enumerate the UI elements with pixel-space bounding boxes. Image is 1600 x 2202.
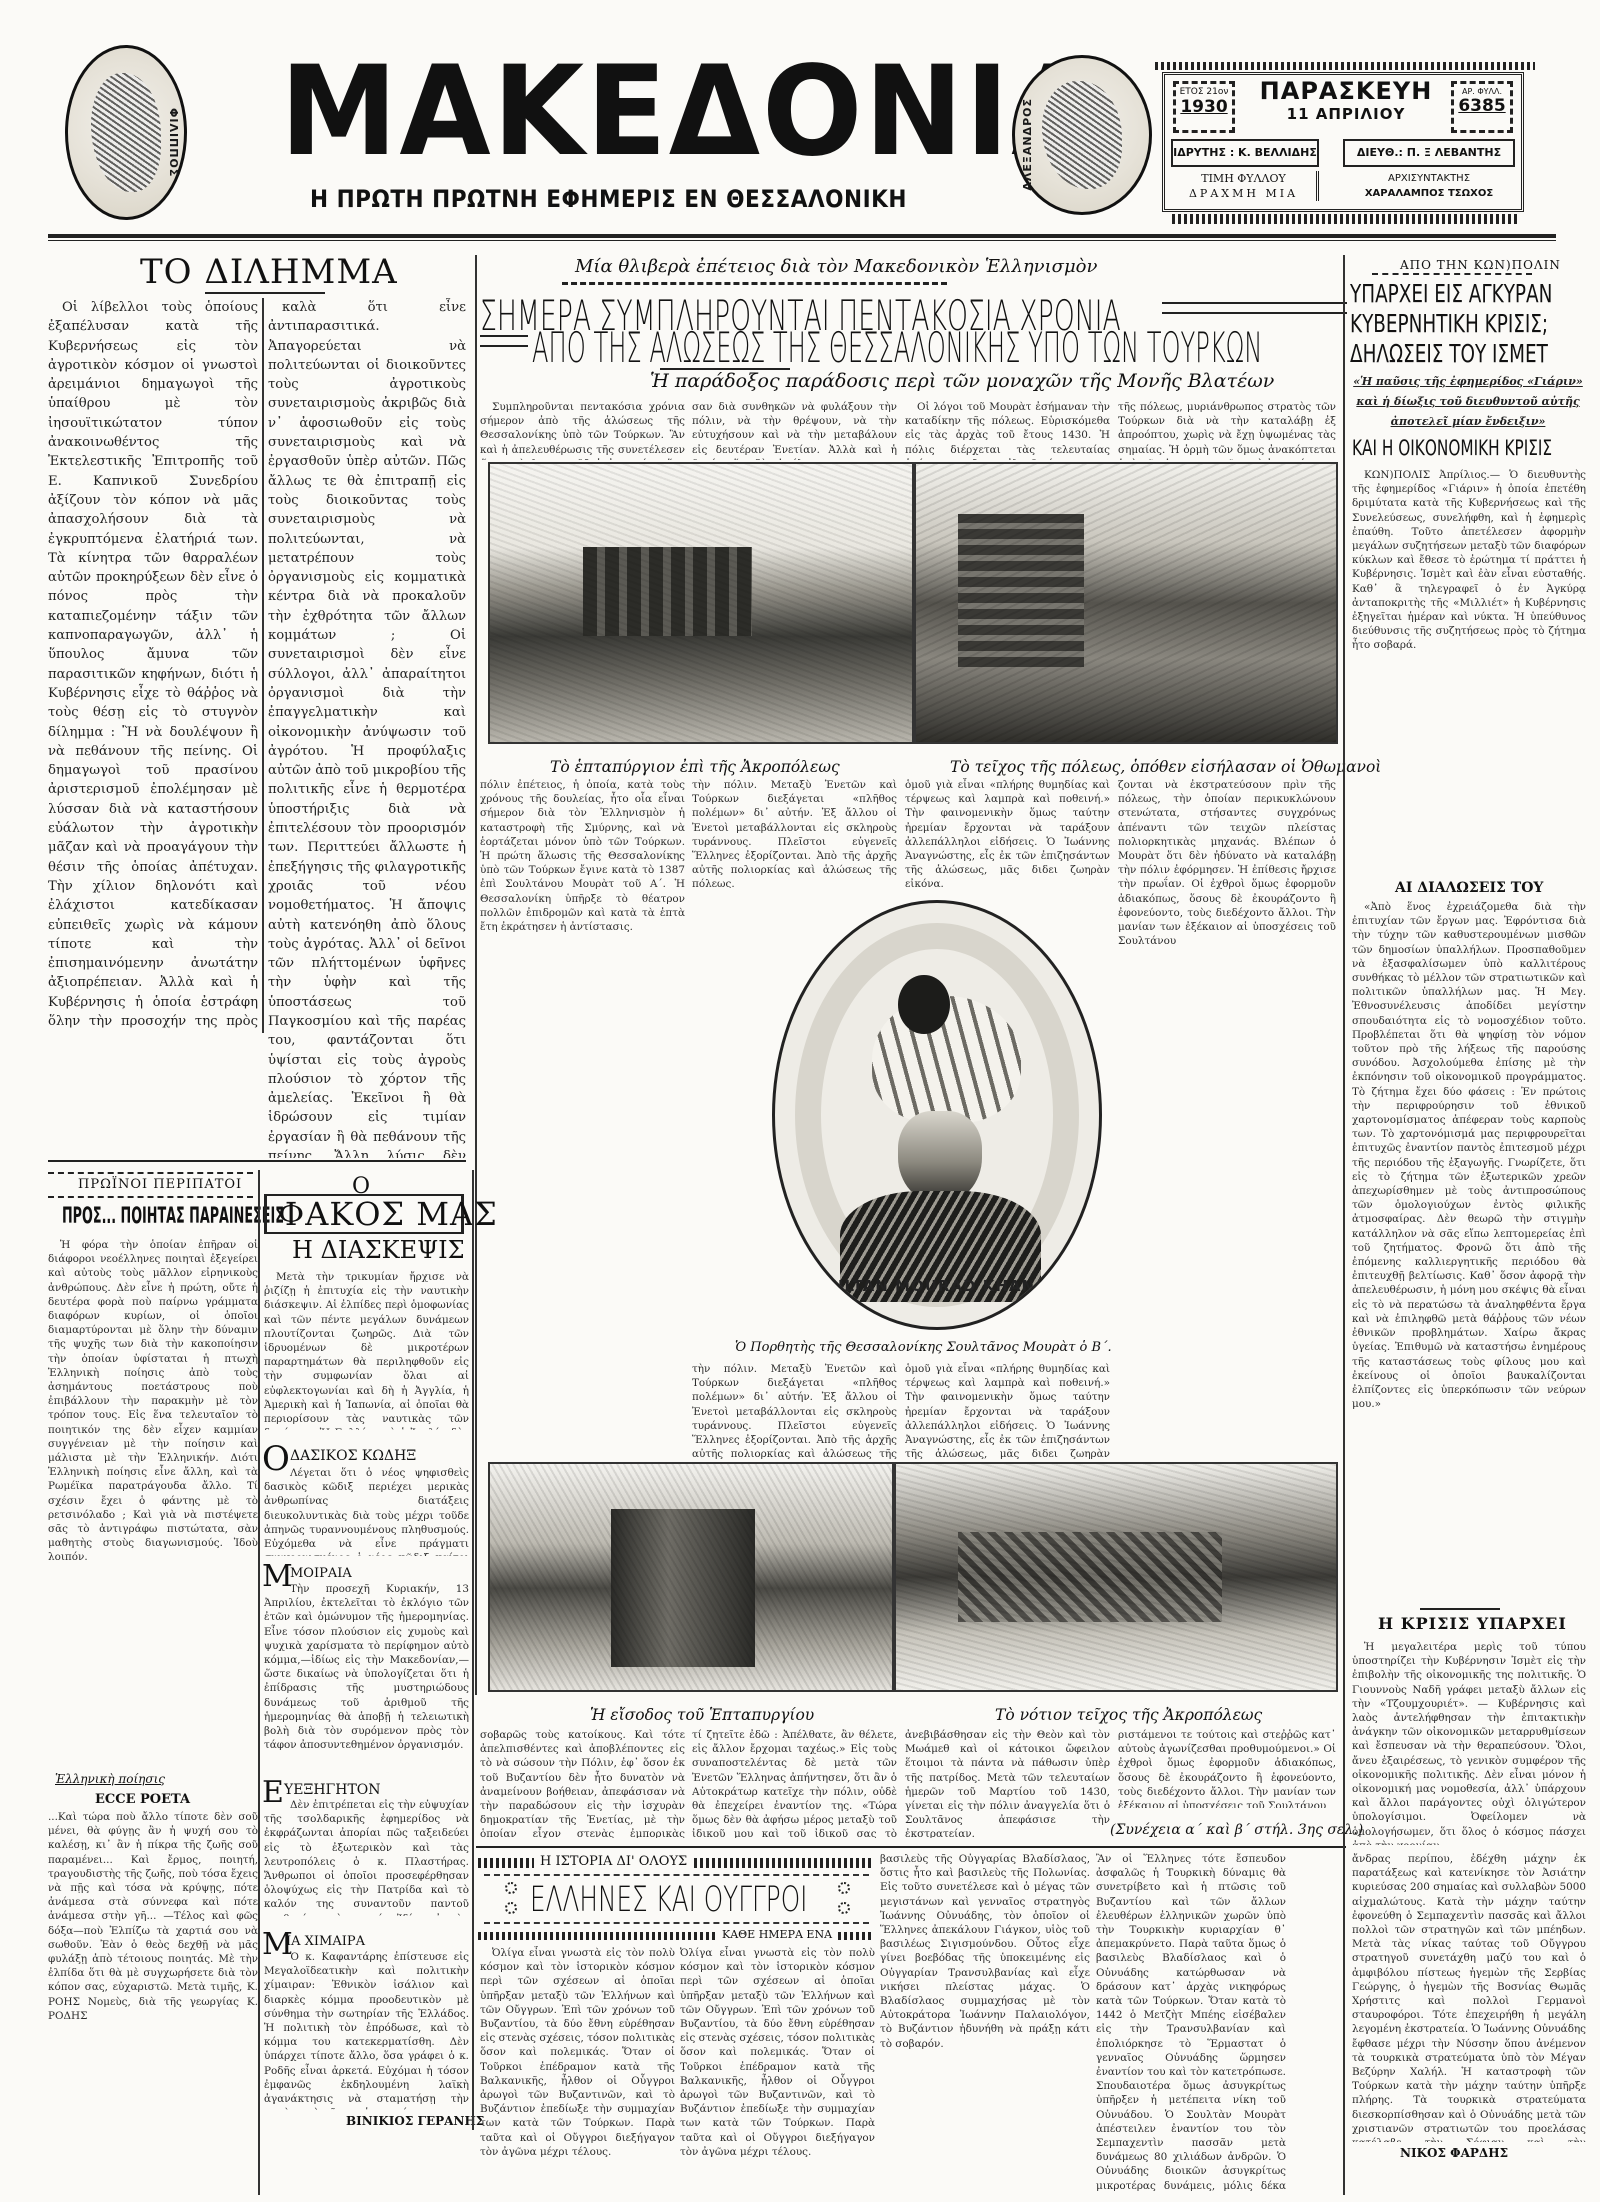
intro-column-2: σαν διὰ συνθηκῶν νὰ φυλάξουν τὴν πόλιν, …	[692, 400, 897, 460]
price-line-1: ΤΙΜΗ ΦΥΛΛΟΥ	[1171, 171, 1316, 186]
history-kicker: Η ΙΣΤΟΡΙΑ ΔΙ' ΟΛΟΥΣ	[534, 1854, 693, 1869]
masthead-ornament-top	[1155, 62, 1535, 70]
walks-kicker-rule-top	[48, 1172, 253, 1174]
right-headline-2: ΚΥΒΕΡΝΗΤΙΚΗ ΚΡΙΣΙΣ;	[1350, 308, 1548, 338]
walks-body: Ἡ φόρα τὴν ὁποίαν ἐπῆραν οἱ διάφοροι νεο…	[48, 1238, 258, 1768]
intro-column-4: τῆς πόλεως, μυριάνθρωπος στρατὸς τῶν Τού…	[1118, 400, 1336, 460]
philip-portrait-icon	[91, 73, 161, 191]
lens-body: Μετὰ τὴν τρικυμίαν ἤρχισε νὰ ῥιζίζῃ ἡ ἐπ…	[264, 1270, 469, 1430]
right-divider	[1420, 1608, 1500, 1610]
lens-item-3-title: ΥΕΞΗΓΗΤΟΝ	[284, 1782, 381, 1798]
masthead-divider	[48, 234, 1556, 238]
right-kicker-rule	[1372, 273, 1532, 275]
lens-item-3-body: Δὲν ἐπιτρέπεται εἰς τὴν εὐψυχίαν τῆς τσο…	[264, 1798, 469, 1916]
walks-poem-body: ...Καὶ τώρα ποὺ ἄλλο τίποτε δὲν σοῦ μένε…	[48, 1810, 258, 2195]
headline-rule-1a	[1162, 302, 1347, 304]
history-rosette-right-icon-2	[838, 1902, 850, 1914]
photo-city-wall	[914, 462, 1338, 744]
history-column-4: ἄνδρας περίπου, ἐδέχθη μάχην ἐκ παρατάξε…	[1352, 1852, 1586, 2142]
lens-item-4-title: ΙΑ ΧΙΜΑΙΡΑ	[286, 1934, 365, 1949]
caption-heptapyrgion: Τὸ ἑπταπύργιον ἐπὶ τῆς Ἀκροπόλεως	[550, 758, 840, 776]
price-box: ΤΙΜΗ ΦΥΛΛΟΥ ΔΡΑΧΜΗ ΜΙΑ	[1171, 171, 1319, 201]
alexander-coin-emblem: ΑΛΕΞΑΝΔΡΟΣ	[1012, 55, 1152, 215]
right-subhead-2: ΑΙ ΔΙΑΛΩΣΕΙΣ ΤΟΥ	[1395, 880, 1543, 896]
lens-item-2-body: Τὴν προσεχῆ Κυριακήν, 13 Ἀπριλίου, ἐκτελ…	[264, 1582, 469, 1762]
director-box: ΔΙΕΥΘ.: Π. Ξ ΛΕΒΑΝΤΗΣ	[1343, 139, 1515, 167]
main-story-subhead: Ἡ παράδοξος παράδοσις περὶ τῶν μοναχῶν τ…	[650, 370, 1274, 392]
sultan-face-icon	[898, 1111, 982, 1204]
headline-rule-2b	[480, 345, 528, 347]
caption-city-wall: Τὸ τεῖχος τῆς πόλεως, ὁπόθεν εἰσήλασαν ο…	[950, 758, 1381, 776]
lens-item-4-body: Ὁ κ. Καφαντάρης ἐπίστευσε εἰς Μεγαλοϊδεα…	[264, 1950, 469, 2110]
lens-item-1-title: ΔΑΣΙΚΟΣ ΚΩΔΗΞ	[290, 1448, 416, 1464]
editorial-title-underline	[205, 292, 325, 294]
year-box: ΕΤΟΣ 21ον 1930	[1173, 81, 1235, 133]
history-column-1: Ὀλίγα εἶναι γνωστὰ εἰς τὸν πολὺ κόσμον κ…	[480, 1946, 675, 2196]
issue-label: ΑΡ. ΦΥΛΛ.	[1454, 87, 1510, 96]
price-line-2: ΔΡΑΧΜΗ ΜΙΑ	[1171, 186, 1316, 201]
masthead-ornament-bottom	[1172, 214, 1517, 224]
main-story-kicker: Μία θλιβερὰ ἐπέτειος διὰ τὸν Μακεδονικὸν…	[575, 256, 1097, 277]
masthead-divider-thin	[48, 240, 1556, 241]
caption-south-wall: Τὸ νότιον τεῖχος τῆς Ἀκροπόλεως	[995, 1706, 1262, 1724]
walks-poem-title: Ἑλληνικὴ ποίησις	[55, 1772, 165, 1786]
intro-column-1: Συμπληροῦνται πεντακόσια χρόνια σήμερον …	[480, 400, 685, 460]
newspaper-title: ΜΑΚΕΔΟΝΙΑ	[280, 49, 1104, 173]
history-column-2: βασιλεὺς τῆς Οὐγγαρίας Βλαδίσλαος, ὅστις…	[880, 1852, 1090, 2192]
walks-kicker-rule-bottom	[48, 1196, 253, 1198]
body-right: ὁμοῦ γιὰ εἶναι «πλήρης θυμηδίας καὶ τέρψ…	[905, 778, 1110, 888]
editorial-column-2: καλὰ ὅτι εἶνε ἀντιπαρασιτικά. Ἀπαγορεύετ…	[268, 298, 466, 1158]
body-lower-left: σοβαρῶς τοὺς κατοίκους. Καὶ τότε ἀπελπισ…	[480, 1728, 685, 1838]
year-value: 1930	[1176, 97, 1232, 117]
history-column-1b: Ὀλίγα εἶναι γνωστὰ εἰς τὸν πολὺ κόσμον κ…	[680, 1946, 875, 2196]
history-rosette-left-icon	[505, 1882, 517, 1894]
walks-poem-heading: ECCE POETA	[95, 1792, 190, 1807]
photo-acropolis-south-wall	[894, 1462, 1338, 1692]
newspaper-subtitle: Η ΠΡΩΤΗ ΠΡΩΤΝΗ ΕΦΗΜΕΡΙΣ ΕΝ ΘΕΣΣΑΛΟΝΙΚΗ	[310, 185, 907, 213]
lens-right-border	[472, 1170, 474, 2130]
founder-name: ΙΔΡΥΤΗΣ : Κ. ΒΕΛΛΙΔΗΣ	[1173, 146, 1317, 159]
date-block: ΠΑΡΑΣΚΕΥΗ 11 ΑΠΡΙΛΙΟΥ	[1251, 77, 1441, 123]
right-column-border	[1343, 255, 1345, 2195]
history-rosette-left-icon-2	[505, 1902, 517, 1914]
lens-title: ΦΑΚΟΣ ΜΑΣ	[278, 1195, 498, 1233]
history-signature: ΝΙΚΟΣ ΦΑΡΔΗΣ	[1400, 2146, 1508, 2160]
lens-left-border	[258, 1170, 260, 2195]
date: 11 ΑΠΡΙΛΙΟΥ	[1251, 105, 1441, 123]
editorial-column-1: Οἱ λίβελλοι τοὺς ὁποίους ἐξαπέλυσαν κατὰ…	[48, 298, 258, 1033]
main-story-headline-2: ΑΠΟ ΤΗΣ ΑΛΩΣΕΩΣ ΤΗΣ ΘΕΣΣΑΛΟΝΙΚΗΣ ΥΠΟ ΤΩΝ…	[532, 324, 1262, 373]
body-lower-far-right: ριστάμενοι τε τούτοις καὶ στεῤῥῶς κατ᾿ α…	[1118, 1728, 1336, 1808]
right-subhead-3: Η ΚΡΙΣΙΣ ΥΠΑΡΧΕΙ	[1378, 1614, 1567, 1633]
alexander-coin-legend: ΑΛΕΞΑΝΔΡΟΣ	[1021, 98, 1034, 191]
photo-heptapyrgion-entrance	[488, 1462, 894, 1692]
right-kicker: ΑΠΟ ΤΗΝ ΚΩΝ)ΠΟΛΙΝ	[1400, 258, 1561, 272]
right-body-3: Ἡ μεγαλειτέρα μερὶς τοῦ τύπου ὑποστηρίζε…	[1352, 1640, 1586, 1845]
right-headline-1: ΥΠΑΡΧΕΙ ΕΙΣ ΑΓΚΥΡΑΝ	[1350, 278, 1552, 308]
right-body-1: ΚΩΝ)ΠΟΛΙΣ Ἀπρίλιος.— Ὁ διευθυντὴς τῆς ἐφ…	[1352, 468, 1586, 878]
right-deck: «Ἡ παῦσις τῆς ἐφημερίδος «Γιάριν» καὶ ἡ …	[1352, 372, 1584, 432]
issue-info-box: ΕΤΟΣ 21ον 1930 ΠΑΡΑΣΚΕΥΗ 11 ΑΠΡΙΛΙΟΥ ΑΡ.…	[1162, 72, 1524, 212]
kicker-dashed-rule	[562, 282, 947, 285]
editorial-bottom-rule	[48, 1160, 466, 1162]
year-label: ΕΤΟΣ 21ον	[1176, 87, 1232, 97]
history-tagline: ΚΑΘΕ ΗΜΕΡΑ ΕΝΑ	[718, 1928, 836, 1941]
weekday: ΠΑΡΑΣΚΕΥΗ	[1251, 77, 1441, 105]
founder-box: ΙΔΡΥΤΗΣ : Κ. ΒΕΛΛΙΔΗΣ	[1171, 139, 1319, 167]
director-name: ΔΙΕΥΘ.: Π. Ξ ΛΕΒΑΝΤΗΣ	[1357, 146, 1501, 159]
history-rosette-right-icon	[838, 1882, 850, 1894]
philip-coin-emblem: ΦΙΛΙΠΠΟΣ	[65, 45, 187, 220]
walks-headline: ΠΡΟΣ... ΠΟΙΗΤΑΣ ΠΑΡΑΙΝΕΣΕΙΣ	[62, 1202, 284, 1229]
turban-crown-icon	[898, 975, 950, 1034]
body-lower-right: ἀνεβιβάσθησαν εἰς τὴν Θεὸν καὶ τὸν Μωάμε…	[905, 1728, 1110, 1838]
headline-rule-1b	[1162, 312, 1347, 314]
intro-column-3: Οἱ λόγοι τοῦ Μουρὰτ ἐσήμαναν τὴν καταδίκ…	[905, 400, 1110, 460]
column-divider	[262, 298, 264, 1033]
body-mid: τὴν πόλιν. Μεταξὺ Ἐνετῶν καὶ Τούρκων διε…	[692, 778, 897, 888]
issue-number-box: ΑΡ. ΦΥΛΛ. 6385	[1451, 81, 1513, 133]
continued-note: (Συνέχεια α΄ καὶ β΄ στήλ. 3ης σελ.)	[1110, 1822, 1363, 1838]
body-mid-lower: τὴν πόλιν. Μεταξὺ Ἐνετῶν καὶ Τούρκων διε…	[692, 1362, 897, 1462]
lens-headline: Η ΔΙΑΣΚΕΨΙΣ	[292, 1236, 465, 1264]
main-story-bottom-rule	[476, 1846, 1346, 1848]
lens-signature: ΒΙΝΙΚΙΟΣ ΓΕΡΑΝΗΣ	[346, 2114, 484, 2128]
walks-kicker: ΠΡΩΪΝΟΙ ΠΕΡΙΠΑΤΟΙ	[78, 1177, 242, 1192]
alexander-portrait-icon	[1042, 81, 1122, 189]
philip-coin-legend: ΦΙΛΙΠΠΟΣ	[167, 108, 180, 177]
editorial-title: ΤΟ ΔΙΛΗΜΜΑ	[140, 252, 398, 292]
lens-item-2-title: ΜΟΙΡΑΙΑ	[290, 1566, 352, 1581]
history-title: ΕΛΛΗΝΕΣ ΚΑΙ ΟΥΓΓΡΟΙ	[530, 1880, 807, 1921]
editor-name: ΧΑΡΑΛΑΜΠΟΣ ΤΣΩΧΟΣ	[1343, 186, 1515, 201]
portrait-inscription: SULTAN MOURAD KHAN II	[775, 1277, 1099, 1295]
editor-box: ΑΡΧΙΣΥΝΤΑΚΤΗΣ ΧΑΡΑΛΑΜΠΟΣ ΤΣΩΧΟΣ	[1343, 171, 1515, 201]
photo-heptapyrgion	[488, 462, 914, 744]
body-right-lower: ὁμοῦ γιὰ εἶναι «πλήρης θυμηδίας καὶ τέρψ…	[905, 1362, 1110, 1462]
issue-number: 6385	[1454, 96, 1510, 116]
body-left: πόλιν ἐπέτειος, ἡ ὁποία, κατὰ τοὺς χρόνο…	[480, 778, 685, 1243]
right-subhead: ΚΑΙ Η ΟΙΚΟΝΟΜΙΚΗ ΚΡΙΣΙΣ	[1352, 436, 1552, 461]
main-story-left-border	[475, 255, 477, 1695]
sultan-murad-portrait: SULTAN MOURAD KHAN II	[772, 900, 1102, 1330]
right-headline-3: ΔΗΛΩΣΕΙΣ ΤΟΥ ΙΣΜΕΤ	[1350, 338, 1548, 368]
caption-portrait: Ὁ Πορθητὴς τῆς Θεσσαλονίκης Σουλτᾶνος Μο…	[735, 1340, 1112, 1355]
lens-item-1-body: Λέγεται ὅτι ὁ νέος ψηφισθεὶς δασικὸς κῶδ…	[264, 1466, 469, 1556]
history-column-3: Ἂν οἱ Ἕλληνες τότε ἔσπευδον ἀσφαλῶς ἡ Το…	[1096, 1852, 1286, 2192]
right-body-2: «Ἀπὸ ἕνος ἐχρειάζομεθα διὰ τὴν ἐπιτυχίαν…	[1352, 900, 1586, 1600]
editor-title: ΑΡΧΙΣΥΝΤΑΚΤΗΣ	[1343, 171, 1515, 186]
headline-rule-2a	[480, 335, 528, 337]
body-lower-mid: τί ζητεῖτε ἐδῶ : Ἀπέλθατε, ἂν θέλετε, εἰ…	[692, 1728, 897, 1838]
caption-entrance: Ἡ εἴσοδος τοῦ Ἑπταπυργίου	[590, 1706, 814, 1724]
